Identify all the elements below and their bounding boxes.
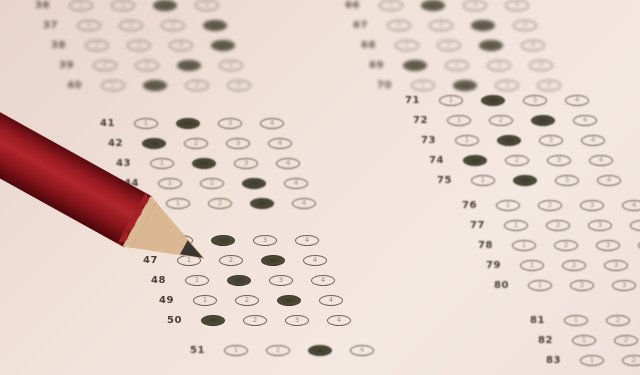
question-number: 43	[116, 158, 131, 169]
answer-bubble-2[interactable]: 2	[538, 200, 562, 211]
answer-bubble-3[interactable]: 3	[253, 235, 277, 246]
answer-bubble-3[interactable]: 3	[612, 280, 636, 291]
question-number: 83	[546, 355, 561, 366]
answer-bubble-3[interactable]: 3	[218, 118, 242, 129]
answer-bubble-3[interactable]: 3	[604, 260, 628, 271]
answer-bubble-1[interactable]: 1	[193, 295, 217, 306]
answer-bubble-2[interactable]: 2	[227, 275, 251, 286]
question-number: 72	[413, 115, 428, 126]
answer-bubble-1[interactable]: 1	[463, 155, 487, 166]
answer-bubble-4[interactable]: 4	[622, 200, 640, 211]
answer-bubble-3[interactable]: 3	[153, 0, 177, 11]
answer-bubble-1[interactable]: 1	[528, 280, 552, 291]
answer-bubble-2[interactable]: 2	[614, 335, 638, 346]
answer-bubble-3[interactable]: 3	[580, 200, 604, 211]
answer-bubble-1[interactable]: 1	[572, 335, 596, 346]
answer-bubble-1[interactable]: 1	[504, 220, 528, 231]
answer-bubble-3[interactable]: 3	[523, 95, 547, 106]
question-number: 67	[353, 20, 368, 31]
answer-bubble-3[interactable]: 3	[547, 155, 571, 166]
answer-bubble-3[interactable]: 3	[185, 80, 209, 91]
answer-bubble-3[interactable]: 3	[177, 60, 201, 71]
answer-bubble-3[interactable]: 3	[539, 135, 563, 146]
answer-bubble-1[interactable]: 1	[455, 135, 479, 146]
answer-bubble-4[interactable]: 4	[630, 220, 640, 231]
answer-bubble-3[interactable]: 3	[226, 138, 250, 149]
answer-bubble-3[interactable]: 3	[234, 158, 258, 169]
answer-bubble-2[interactable]: 2	[111, 0, 135, 11]
answer-bubble-1[interactable]: 1	[69, 0, 93, 11]
question-number: 38	[51, 40, 66, 51]
answer-bubble-3[interactable]: 3	[487, 60, 511, 71]
answer-bubble-1[interactable]: 1	[142, 138, 166, 149]
answer-bubble-4[interactable]: 4	[268, 138, 292, 149]
answer-bubble-2[interactable]: 2	[505, 155, 529, 166]
question-number: 40	[67, 80, 82, 91]
answer-bubble-4[interactable]: 4	[227, 80, 251, 91]
answer-bubble-3[interactable]: 3	[471, 20, 495, 31]
question-number: 36	[35, 0, 50, 11]
answer-bubble-2[interactable]: 2	[513, 175, 537, 186]
answer-bubble-3[interactable]: 3	[495, 80, 519, 91]
answer-bubble-2[interactable]: 2	[453, 80, 477, 91]
answer-bubble-3[interactable]: 3	[555, 175, 579, 186]
answer-bubble-2[interactable]: 2	[200, 178, 224, 189]
answer-bubble-3[interactable]: 3	[479, 40, 503, 51]
answer-bubble-3[interactable]: 3	[588, 220, 612, 231]
answer-bubble-3[interactable]: 3	[161, 20, 185, 31]
answer-bubble-2[interactable]: 2	[143, 80, 167, 91]
answer-bubble-3[interactable]: 3	[261, 255, 285, 266]
answer-bubble-4[interactable]: 4	[589, 155, 613, 166]
answer-bubble-1[interactable]: 1	[512, 240, 536, 251]
answer-bubble-2[interactable]: 2	[266, 345, 290, 356]
answer-bubble-2[interactable]: 2	[243, 315, 267, 326]
question-number: 69	[369, 60, 384, 71]
question-number: 48	[151, 275, 166, 286]
answer-bubble-1[interactable]: 1	[134, 118, 158, 129]
answer-bubble-2[interactable]: 2	[192, 158, 216, 169]
answer-bubble-2[interactable]: 2	[184, 138, 208, 149]
question-number: 66	[345, 0, 360, 11]
answer-bubble-4[interactable]: 4	[521, 40, 545, 51]
answer-bubble-1[interactable]: 1	[411, 80, 435, 91]
answer-bubble-1[interactable]: 1	[101, 80, 125, 91]
answer-bubble-4[interactable]: 4	[581, 135, 605, 146]
answer-bubble-4[interactable]: 4	[219, 60, 243, 71]
question-number: 50	[167, 315, 182, 326]
answer-bubble-2[interactable]: 2	[481, 95, 505, 106]
answer-bubble-4[interactable]: 4	[597, 175, 621, 186]
answer-bubble-3[interactable]: 3	[250, 198, 274, 209]
question-number: 37	[43, 20, 58, 31]
answer-bubble-2[interactable]: 2	[606, 315, 630, 326]
answer-bubble-1[interactable]: 1	[387, 20, 411, 31]
question-number: 78	[478, 240, 493, 251]
question-number: 77	[470, 220, 485, 231]
answer-bubble-4[interactable]: 4	[292, 198, 316, 209]
answer-bubble-3[interactable]: 3	[242, 178, 266, 189]
answer-bubble-1[interactable]: 1	[150, 158, 174, 169]
answer-bubble-1[interactable]: 1	[85, 40, 109, 51]
answer-bubble-4[interactable]: 4	[529, 60, 553, 71]
answer-bubble-2[interactable]: 2	[219, 255, 243, 266]
question-number: 39	[59, 60, 74, 71]
answer-bubble-4[interactable]: 4	[276, 158, 300, 169]
answer-bubble-1[interactable]: 1	[439, 95, 463, 106]
answer-bubble-3[interactable]: 3	[308, 345, 332, 356]
answer-bubble-2[interactable]: 2	[497, 135, 521, 146]
answer-bubble-2[interactable]: 2	[622, 355, 640, 366]
answer-bubble-2[interactable]: 2	[176, 118, 200, 129]
answer-bubble-2[interactable]: 2	[135, 60, 159, 71]
answer-bubble-2[interactable]: 2	[445, 60, 469, 71]
answer-bubble-4[interactable]: 4	[327, 315, 351, 326]
answer-bubble-4[interactable]: 4	[260, 118, 284, 129]
answer-bubble-2[interactable]: 2	[119, 20, 143, 31]
answer-bubble-2[interactable]: 2	[546, 220, 570, 231]
answer-bubble-4[interactable]: 4	[311, 275, 335, 286]
answer-bubble-2[interactable]: 2	[562, 260, 586, 271]
question-number: 41	[100, 118, 115, 129]
answer-bubble-2[interactable]: 2	[437, 40, 461, 51]
question-number: 75	[437, 175, 452, 186]
answer-bubble-1[interactable]: 1	[403, 60, 427, 71]
answer-bubble-1[interactable]: 1	[496, 200, 520, 211]
answer-bubble-2[interactable]: 2	[127, 40, 151, 51]
answer-bubble-1[interactable]: 1	[93, 60, 117, 71]
answer-bubble-1[interactable]: 1	[564, 315, 588, 326]
question-number: 70	[377, 80, 392, 91]
answer-bubble-3[interactable]: 3	[463, 0, 487, 11]
question-number: 81	[530, 315, 545, 326]
answer-bubble-1[interactable]: 1	[447, 115, 471, 126]
answer-bubble-4[interactable]: 4	[295, 235, 319, 246]
answer-bubble-3[interactable]: 3	[531, 115, 555, 126]
question-number: 42	[108, 138, 123, 149]
question-number: 82	[538, 335, 553, 346]
question-number: 51	[190, 345, 205, 356]
answer-bubble-4[interactable]: 4	[203, 20, 227, 31]
answer-bubble-1[interactable]: 1	[580, 355, 604, 366]
answer-bubble-2[interactable]: 2	[208, 198, 232, 209]
answer-bubble-4[interactable]: 4	[211, 40, 235, 51]
question-number: 80	[494, 280, 509, 291]
answer-bubble-3[interactable]: 3	[269, 275, 293, 286]
question-number: 68	[361, 40, 376, 51]
answer-bubble-4[interactable]: 4	[303, 255, 327, 266]
answer-bubble-4[interactable]: 4	[284, 178, 308, 189]
answer-bubble-1[interactable]: 1	[201, 315, 225, 326]
question-number: 79	[486, 260, 501, 271]
question-number: 49	[159, 295, 174, 306]
answer-bubble-1[interactable]: 1	[224, 345, 248, 356]
answer-bubble-4[interactable]: 4	[319, 295, 343, 306]
answer-bubble-1[interactable]: 1	[77, 20, 101, 31]
answer-bubble-2[interactable]: 2	[554, 240, 578, 251]
answer-bubble-3[interactable]: 3	[169, 40, 193, 51]
answer-bubble-4[interactable]: 4	[573, 115, 597, 126]
question-number: 71	[405, 95, 420, 106]
answer-bubble-2[interactable]: 2	[570, 280, 594, 291]
answer-bubble-3[interactable]: 3	[285, 315, 309, 326]
answer-bubble-3[interactable]: 3	[277, 295, 301, 306]
answer-bubble-1[interactable]: 1	[395, 40, 419, 51]
answer-bubble-2[interactable]: 2	[421, 0, 445, 11]
answer-bubble-1[interactable]: 1	[379, 0, 403, 11]
answer-bubble-4[interactable]: 4	[537, 80, 561, 91]
question-number: 73	[421, 135, 436, 146]
question-number: 74	[429, 155, 444, 166]
answer-bubble-2[interactable]: 2	[489, 115, 513, 126]
answer-bubble-1[interactable]: 1	[520, 260, 544, 271]
question-number: 76	[462, 200, 477, 211]
answer-bubble-1[interactable]: 1	[471, 175, 495, 186]
answer-bubble-1[interactable]: 1	[158, 178, 182, 189]
answer-bubble-4[interactable]: 4	[565, 95, 589, 106]
answer-bubble-4[interactable]: 4	[513, 20, 537, 31]
answer-bubble-2[interactable]: 2	[235, 295, 259, 306]
answer-bubble-3[interactable]: 3	[596, 240, 620, 251]
answer-bubble-4[interactable]: 4	[195, 0, 219, 11]
answer-bubble-4[interactable]: 4	[350, 345, 374, 356]
answer-bubble-2[interactable]: 2	[429, 20, 453, 31]
answer-bubble-4[interactable]: 4	[505, 0, 529, 11]
